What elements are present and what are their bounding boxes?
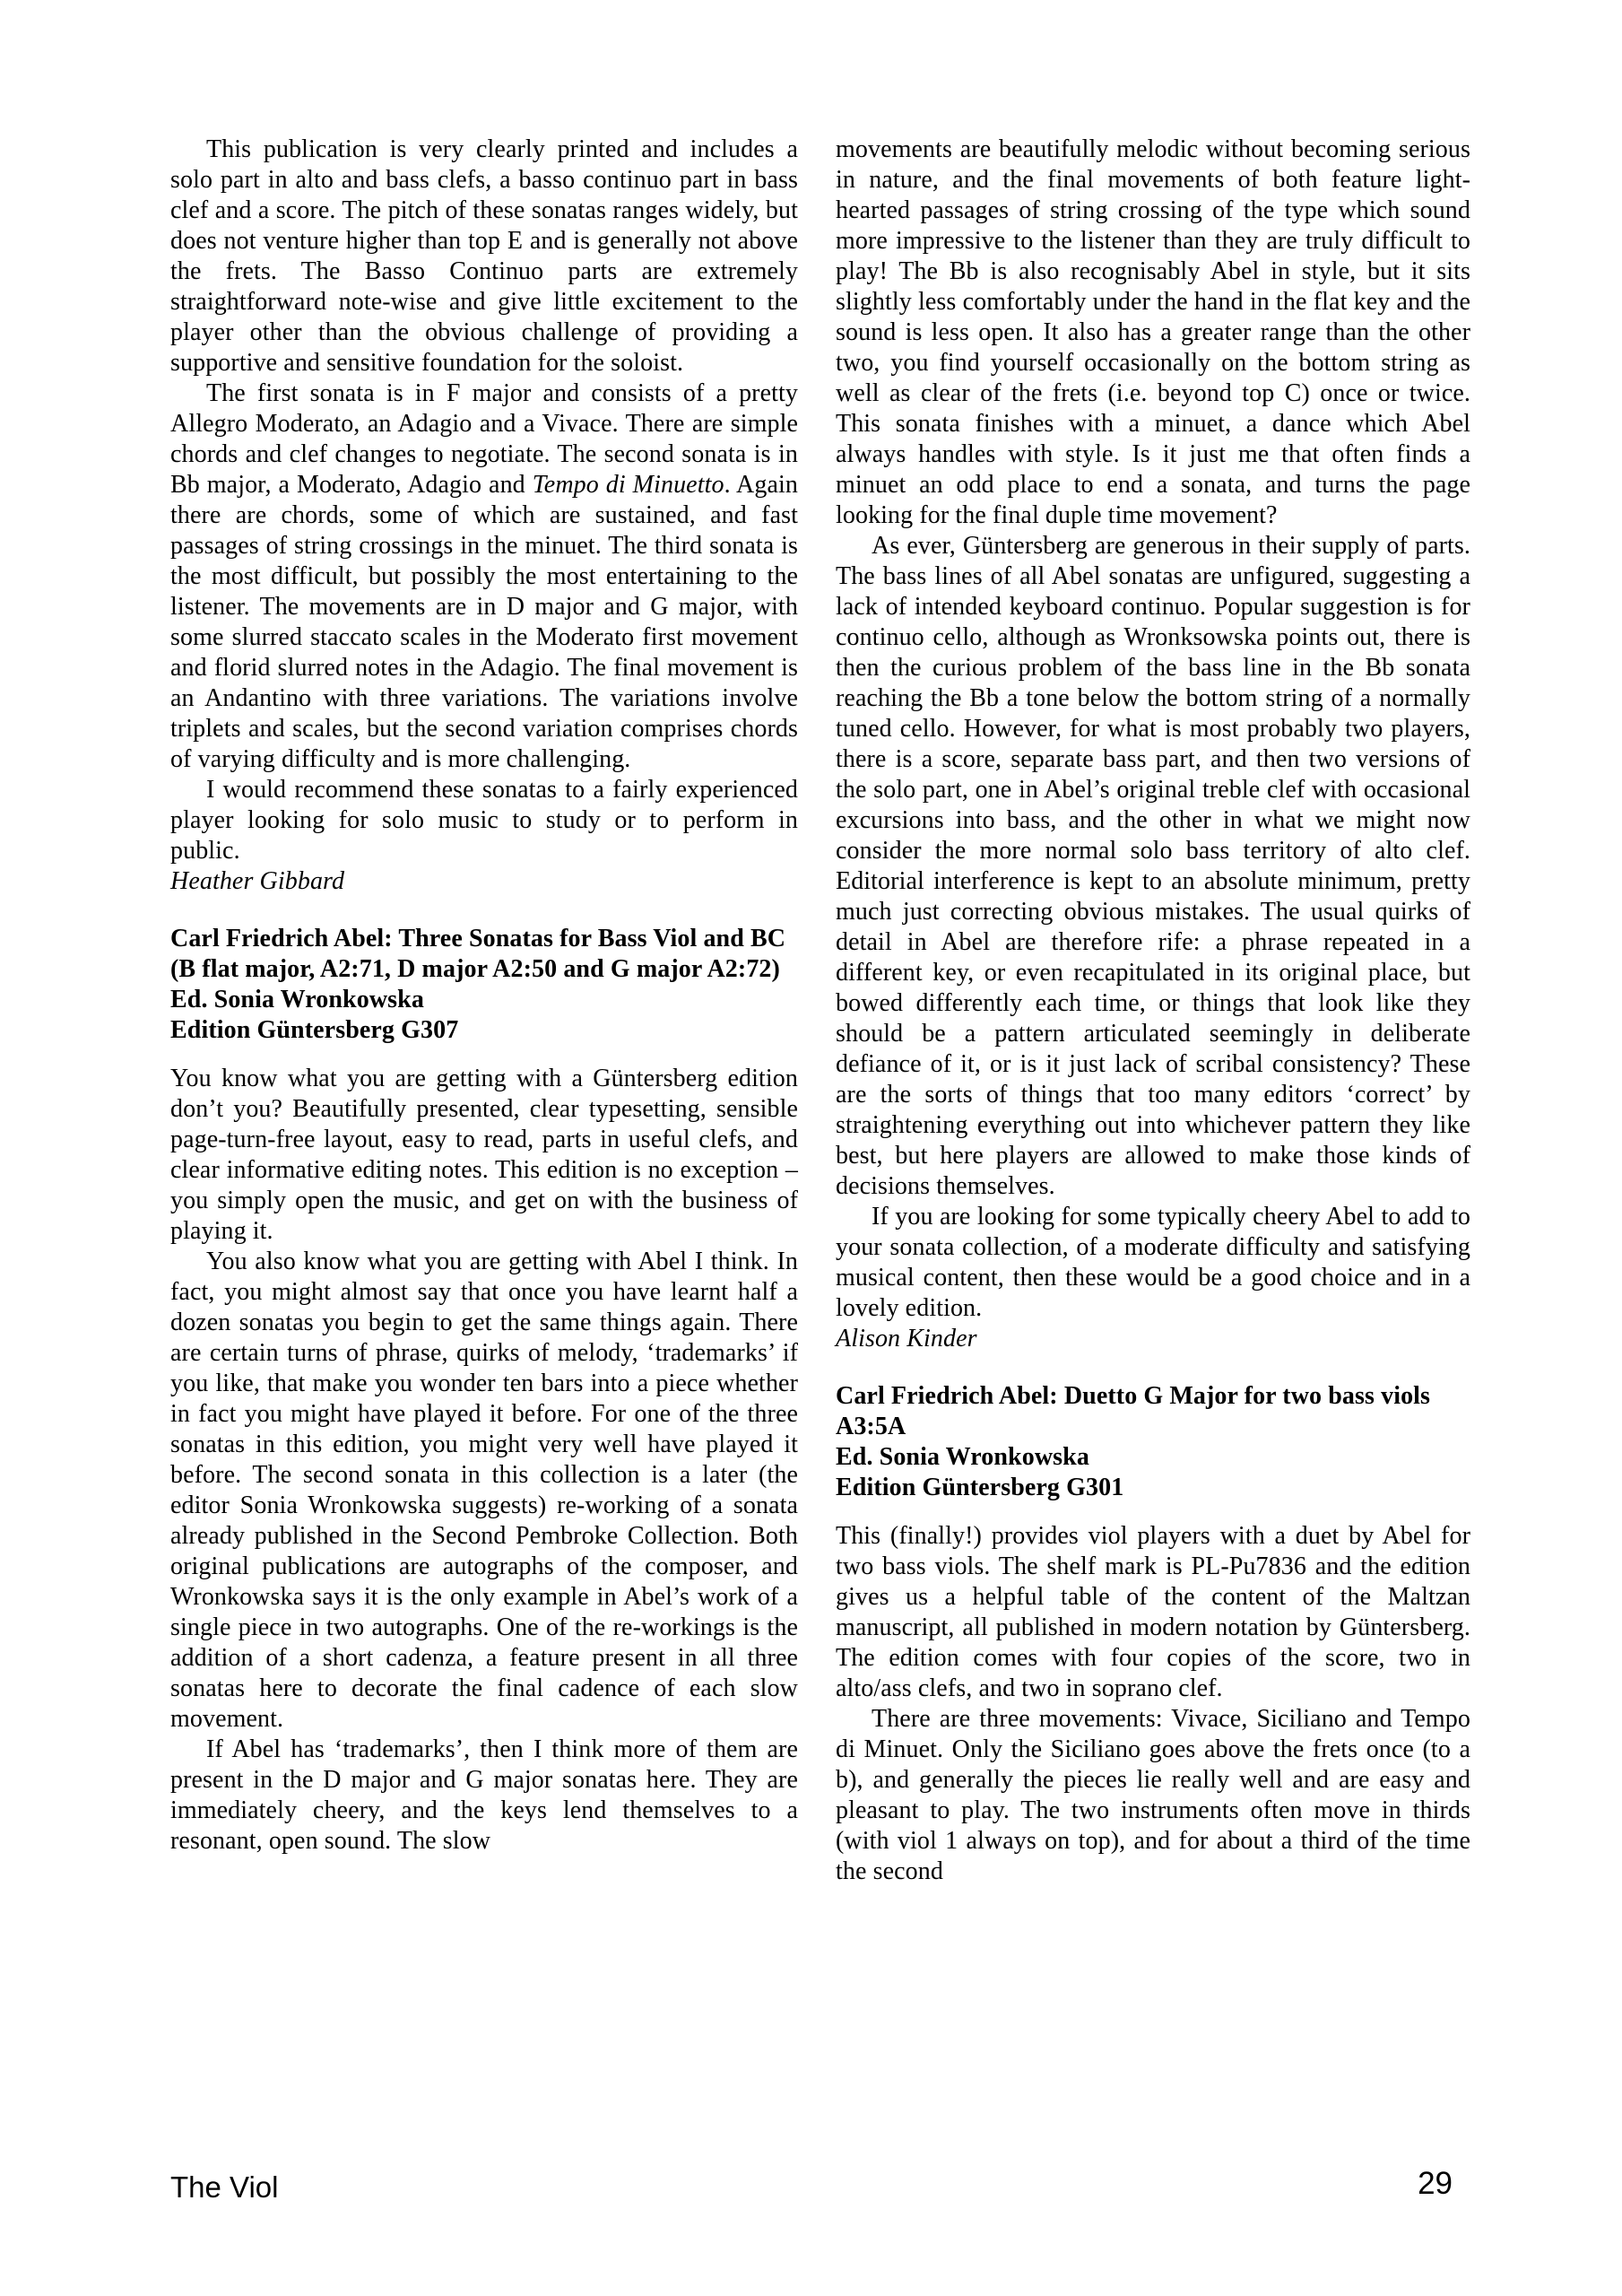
- page-number: 29: [1273, 2167, 1453, 2201]
- journal-page: This publication is very clearly printed…: [0, 0, 1622, 2296]
- review2-paragraph-3: If Abel has ‘trademarks’, then I think m…: [170, 1735, 798, 1857]
- right-column: movements are beautifully melodic withou…: [836, 135, 1470, 1887]
- italic-phrase: Tempo di Minuetto: [533, 471, 724, 499]
- review3-paragraph-1: This (finally!) provides viol players wi…: [836, 1521, 1470, 1704]
- review2-heading-title: Carl Friedrich Abel: Three Sonatas for B…: [170, 924, 798, 985]
- review2-paragraph-1: You know what you are getting with a Gün…: [170, 1064, 798, 1247]
- review3-paragraph-2: There are three movements: Vivace, Sicil…: [836, 1704, 1470, 1887]
- review2-heading: Carl Friedrich Abel: Three Sonatas for B…: [170, 924, 798, 1046]
- review2-paragraph-2: You also know what you are getting with …: [170, 1247, 798, 1735]
- review3-heading-title: Carl Friedrich Abel: Duetto G Major for …: [836, 1381, 1470, 1442]
- review3-heading-editor: Ed. Sonia Wronkowska: [836, 1442, 1470, 1473]
- left-column: This publication is very clearly printed…: [170, 135, 798, 1857]
- review3-heading-edition: Edition Güntersberg G301: [836, 1473, 1470, 1503]
- review1-paragraph-3: I would recommend these sonatas to a fai…: [170, 775, 798, 866]
- review1-paragraph-2: The first sonata is in F major and consi…: [170, 378, 798, 775]
- review2-heading-edition: Edition Güntersberg G307: [170, 1015, 798, 1046]
- review1-byline: Heather Gibbard: [170, 866, 798, 897]
- review2-byline: Alison Kinder: [836, 1324, 1470, 1354]
- review2-paragraph-6: If you are looking for some typically ch…: [836, 1202, 1470, 1324]
- review3-heading: Carl Friedrich Abel: Duetto G Major for …: [836, 1381, 1470, 1503]
- review1-paragraph-1: This publication is very clearly printed…: [170, 135, 798, 378]
- review2-paragraph-5: As ever, Güntersberg are generous in the…: [836, 531, 1470, 1202]
- paragraph-text: . Again there are chords, some of which …: [170, 471, 798, 773]
- journal-title-footer: The Viol: [170, 2170, 278, 2205]
- review2-heading-editor: Ed. Sonia Wronkowska: [170, 985, 798, 1015]
- review2-paragraph-4-continued: movements are beautifully melodic withou…: [836, 135, 1470, 531]
